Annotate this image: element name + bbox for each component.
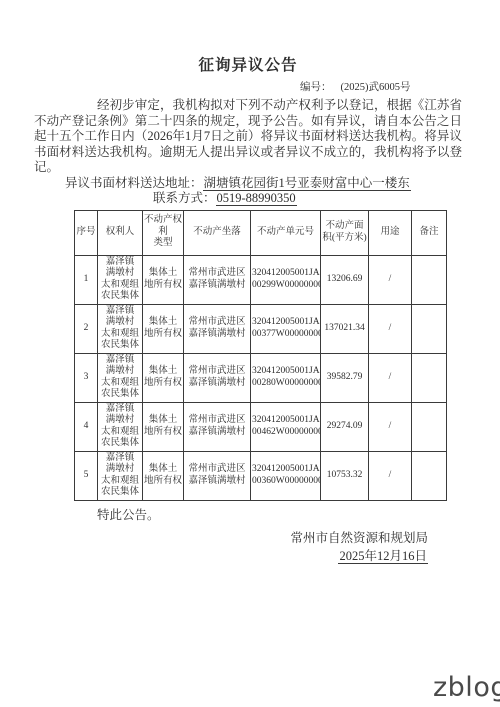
cell-remark xyxy=(412,304,447,353)
document-page: 征询异议公告 编号：(2025)武6005号 经初步审定，我机构拟对下列不动产权… xyxy=(0,0,500,565)
cell-location: 常州市武进区 嘉泽镇满墩村 xyxy=(184,304,251,353)
address-value: 湖塘镇花园街1号亚泰财富中心一楼东 xyxy=(203,176,411,191)
cell-area: 39582.79 xyxy=(321,353,369,402)
col-header-right-type: 不动产权利 类型 xyxy=(143,210,184,255)
signature-block: 常州市自然资源和规划局 2025年12月16日 xyxy=(34,530,462,565)
cell-location: 常州市武进区 嘉泽镇满墩村 xyxy=(184,451,251,500)
cell-right-type: 集体土 地所有权 xyxy=(143,353,184,402)
cell-right-type: 集体土 地所有权 xyxy=(143,451,184,500)
cell-seq: 5 xyxy=(75,451,98,500)
cell-unit-number: 320412005001JA 00462W00000000 xyxy=(251,402,321,451)
col-header-location: 不动产坐落 xyxy=(184,210,251,255)
table-body: 1 嘉泽镇 满墩村 太和观组 农民集体 集体土 地所有权 常州市武进区 嘉泽镇满… xyxy=(75,255,447,500)
table-row: 4 嘉泽镇 满墩村 太和观组 农民集体 集体土 地所有权 常州市武进区 嘉泽镇满… xyxy=(75,402,447,451)
cell-rightholder: 嘉泽镇 满墩村 太和观组 农民集体 xyxy=(98,402,143,451)
cell-area: 13206.69 xyxy=(321,255,369,304)
address-line: 异议书面材料送达地址：湖塘镇花园街1号亚泰财富中心一楼东 xyxy=(65,176,462,192)
address-label: 异议书面材料送达地址： xyxy=(65,176,203,190)
cell-seq: 3 xyxy=(75,353,98,402)
cell-seq: 1 xyxy=(75,255,98,304)
cell-remark xyxy=(412,353,447,402)
cell-location: 常州市武进区 嘉泽镇满墩村 xyxy=(184,255,251,304)
cell-location: 常州市武进区 嘉泽镇满墩村 xyxy=(184,402,251,451)
cell-rightholder: 嘉泽镇 满墩村 太和观组 农民集体 xyxy=(98,255,143,304)
cell-use: / xyxy=(369,451,412,500)
cell-seq: 2 xyxy=(75,304,98,353)
cell-rightholder: 嘉泽镇 满墩村 太和观组 农民集体 xyxy=(98,353,143,402)
table-header: 序号 权利人 不动产权利 类型 不动产坐落 不动产单元号 不动产面 积(平方米)… xyxy=(75,210,447,255)
col-header-remark: 备注 xyxy=(412,210,447,255)
cell-unit-number: 320412005001JA 00280W00000000 xyxy=(251,353,321,402)
cell-right-type: 集体土 地所有权 xyxy=(143,304,184,353)
cell-seq: 4 xyxy=(75,402,98,451)
table-row: 3 嘉泽镇 满墩村 太和观组 农民集体 集体土 地所有权 常州市武进区 嘉泽镇满… xyxy=(75,353,447,402)
property-table: 序号 权利人 不动产权利 类型 不动产坐落 不动产单元号 不动产面 积(平方米)… xyxy=(74,210,447,501)
contact-line: 联系方式：0519-88990350 xyxy=(153,191,462,207)
page-title: 征询异议公告 xyxy=(34,56,462,76)
table-row: 2 嘉泽镇 满墩村 太和观组 农民集体 集体土 地所有权 常州市武进区 嘉泽镇满… xyxy=(75,304,447,353)
issuer-name: 常州市自然资源和规划局 xyxy=(34,530,428,547)
cell-use: / xyxy=(369,304,412,353)
cell-location: 常州市武进区 嘉泽镇满墩村 xyxy=(184,353,251,402)
cell-use: / xyxy=(369,402,412,451)
cell-area: 29274.09 xyxy=(321,402,369,451)
col-header-area: 不动产面 积(平方米) xyxy=(321,210,369,255)
watermark-zblog: zblog xyxy=(433,672,500,703)
table-header-row: 序号 权利人 不动产权利 类型 不动产坐落 不动产单元号 不动产面 积(平方米)… xyxy=(75,210,447,255)
cell-right-type: 集体土 地所有权 xyxy=(143,255,184,304)
col-header-use: 用途 xyxy=(369,210,412,255)
contact-phone: 0519-88990350 xyxy=(216,191,297,206)
doc-number-value: (2025)武6005号 xyxy=(341,82,411,93)
col-header-unit-number: 不动产单元号 xyxy=(251,210,321,255)
cell-rightholder: 嘉泽镇 满墩村 太和观组 农民集体 xyxy=(98,304,143,353)
table-row: 5 嘉泽镇 满墩村 太和观组 农民集体 集体土 地所有权 常州市武进区 嘉泽镇满… xyxy=(75,451,447,500)
col-header-seq: 序号 xyxy=(75,210,98,255)
issue-date: 2025年12月16日 xyxy=(338,549,428,564)
doc-number-line: 编号：(2025)武6005号 xyxy=(34,80,462,95)
closing-statement: 特此公告。 xyxy=(97,507,462,523)
announcement-body: 经初步审定，我机构拟对下列不动产权利予以登记，根据《江苏省不动产登记条例》第二十… xyxy=(34,98,462,176)
cell-area: 10753.32 xyxy=(321,451,369,500)
table-row: 1 嘉泽镇 满墩村 太和观组 农民集体 集体土 地所有权 常州市武进区 嘉泽镇满… xyxy=(75,255,447,304)
contact-label: 联系方式： xyxy=(153,191,216,205)
cell-use: / xyxy=(369,353,412,402)
cell-right-type: 集体土 地所有权 xyxy=(143,402,184,451)
cell-unit-number: 320412005001JA 00299W00000000 xyxy=(251,255,321,304)
cell-unit-number: 320412005001JA 00360W00000000 xyxy=(251,451,321,500)
cell-remark xyxy=(412,255,447,304)
cell-remark xyxy=(412,402,447,451)
cell-rightholder: 嘉泽镇 满墩村 太和观组 农民集体 xyxy=(98,451,143,500)
cell-unit-number: 320412005001JA 00377W00000000 xyxy=(251,304,321,353)
cell-use: / xyxy=(369,255,412,304)
col-header-rightholder: 权利人 xyxy=(98,210,143,255)
cell-remark xyxy=(412,451,447,500)
cell-area: 137021.34 xyxy=(321,304,369,353)
doc-number-label: 编号： xyxy=(300,82,332,93)
